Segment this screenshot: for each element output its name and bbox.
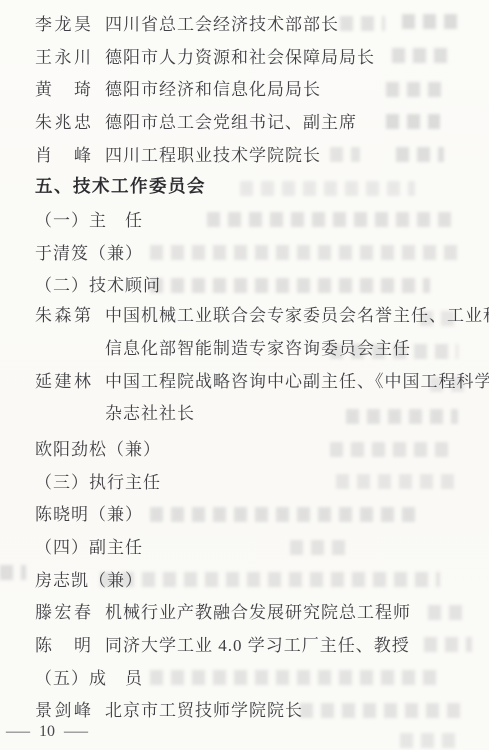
member-title: 四川工程职业技术学院院长 [105, 141, 321, 166]
member-row: 景剑峰 北京市工贸技师学院院长 [0, 692, 489, 725]
person-name: 欧阳劲松（兼） [35, 435, 161, 460]
subsection-label-text: （四）副主任 [35, 533, 143, 558]
member-title: 北京市工贸技师学院院长 [105, 696, 303, 721]
member-name: 肖 峰 [35, 141, 95, 166]
bleedthrough-artifact [400, 733, 458, 748]
subsection-label-text: （一）主 任 [35, 206, 143, 231]
footer-dash-right: — [64, 723, 88, 741]
subsection-label: （四）副主任 [0, 529, 489, 562]
member-name: 黄 琦 [35, 75, 95, 100]
page-footer: — 10 — [10, 723, 84, 741]
person-row: 欧阳劲松（兼） [0, 431, 489, 464]
member-title-line: 中国工程院战略咨询中心副主任、《中国工程科学》 [105, 366, 489, 399]
page-number: 10 [39, 723, 55, 741]
subsection-label: （五）成 员 [0, 660, 489, 693]
subsection-label-text: （二）技术顾问 [35, 271, 161, 296]
member-title: 机械行业产教融合发展研究院总工程师 [105, 598, 411, 623]
footer-dash-left: — [6, 723, 30, 741]
member-name: 滕宏春 [35, 598, 95, 623]
member-row: 朱兆忠 德阳市总工会党组书记、副主席 [0, 104, 489, 137]
member-title: 中国机械工业联合会专家委员会名誉主任、工业和 信息化部智能制造专家咨询委员会主任 [105, 300, 489, 365]
subsection-label: （三）执行主任 [0, 464, 489, 497]
member-title: 四川省总工会经济技术部部长 [105, 10, 339, 35]
person-row: 于清笈（兼） [0, 235, 489, 268]
member-name: 王永川 [35, 43, 95, 68]
member-row: 陈 明 同济大学工业 4.0 学习工厂主任、教授 [0, 627, 489, 660]
member-name: 李龙昊 [35, 10, 95, 35]
subsection-label-text: （三）执行主任 [35, 468, 161, 493]
section-heading: 五、技术工作委员会 [0, 169, 489, 202]
member-title-line: 信息化部智能制造专家咨询委员会主任 [105, 333, 489, 366]
person-name: 于清笈（兼） [35, 239, 143, 264]
member-row: 李龙昊 四川省总工会经济技术部部长 [0, 6, 489, 39]
member-row: 黄 琦 德阳市经济和信息化局局长 [0, 71, 489, 104]
person-name: 陈晓明（兼） [35, 500, 143, 525]
person-row: 房志凯（兼） [0, 562, 489, 595]
member-name: 朱兆忠 [35, 108, 95, 133]
document-page: 李龙昊 四川省总工会经济技术部部长 王永川 德阳市人力资源和社会保障局局长 黄 … [0, 0, 489, 750]
subsection-label-text: （五）成 员 [35, 664, 143, 689]
member-title: 德阳市人力资源和社会保障局局长 [105, 43, 375, 68]
subsection-label: （一）主 任 [0, 202, 489, 235]
member-title-line: 杂志社社长 [105, 398, 489, 431]
member-title: 德阳市总工会党组书记、副主席 [105, 108, 357, 133]
member-title: 同济大学工业 4.0 学习工厂主任、教授 [105, 631, 410, 656]
person-row: 陈晓明（兼） [0, 496, 489, 529]
member-name: 景剑峰 [35, 696, 95, 721]
member-name: 朱森第 [35, 300, 95, 333]
member-name: 延建林 [35, 366, 95, 399]
member-row: 延建林 中国工程院战略咨询中心副主任、《中国工程科学》 杂志社社长 [0, 366, 489, 431]
member-row: 王永川 德阳市人力资源和社会保障局局长 [0, 39, 489, 72]
member-row: 朱森第 中国机械工业联合会专家委员会名誉主任、工业和 信息化部智能制造专家咨询委… [0, 300, 489, 365]
person-name: 房志凯（兼） [35, 566, 143, 591]
member-title: 中国工程院战略咨询中心副主任、《中国工程科学》 杂志社社长 [105, 366, 489, 431]
section-heading-text: 五、技术工作委员会 [35, 173, 206, 198]
subsection-label: （二）技术顾问 [0, 268, 489, 301]
member-row: 肖 峰 四川工程职业技术学院院长 [0, 137, 489, 170]
member-title: 德阳市经济和信息化局局长 [105, 75, 321, 100]
member-title-line: 中国机械工业联合会专家委员会名誉主任、工业和 [105, 300, 489, 333]
member-name: 陈 明 [35, 631, 95, 656]
member-row: 滕宏春 机械行业产教融合发展研究院总工程师 [0, 594, 489, 627]
